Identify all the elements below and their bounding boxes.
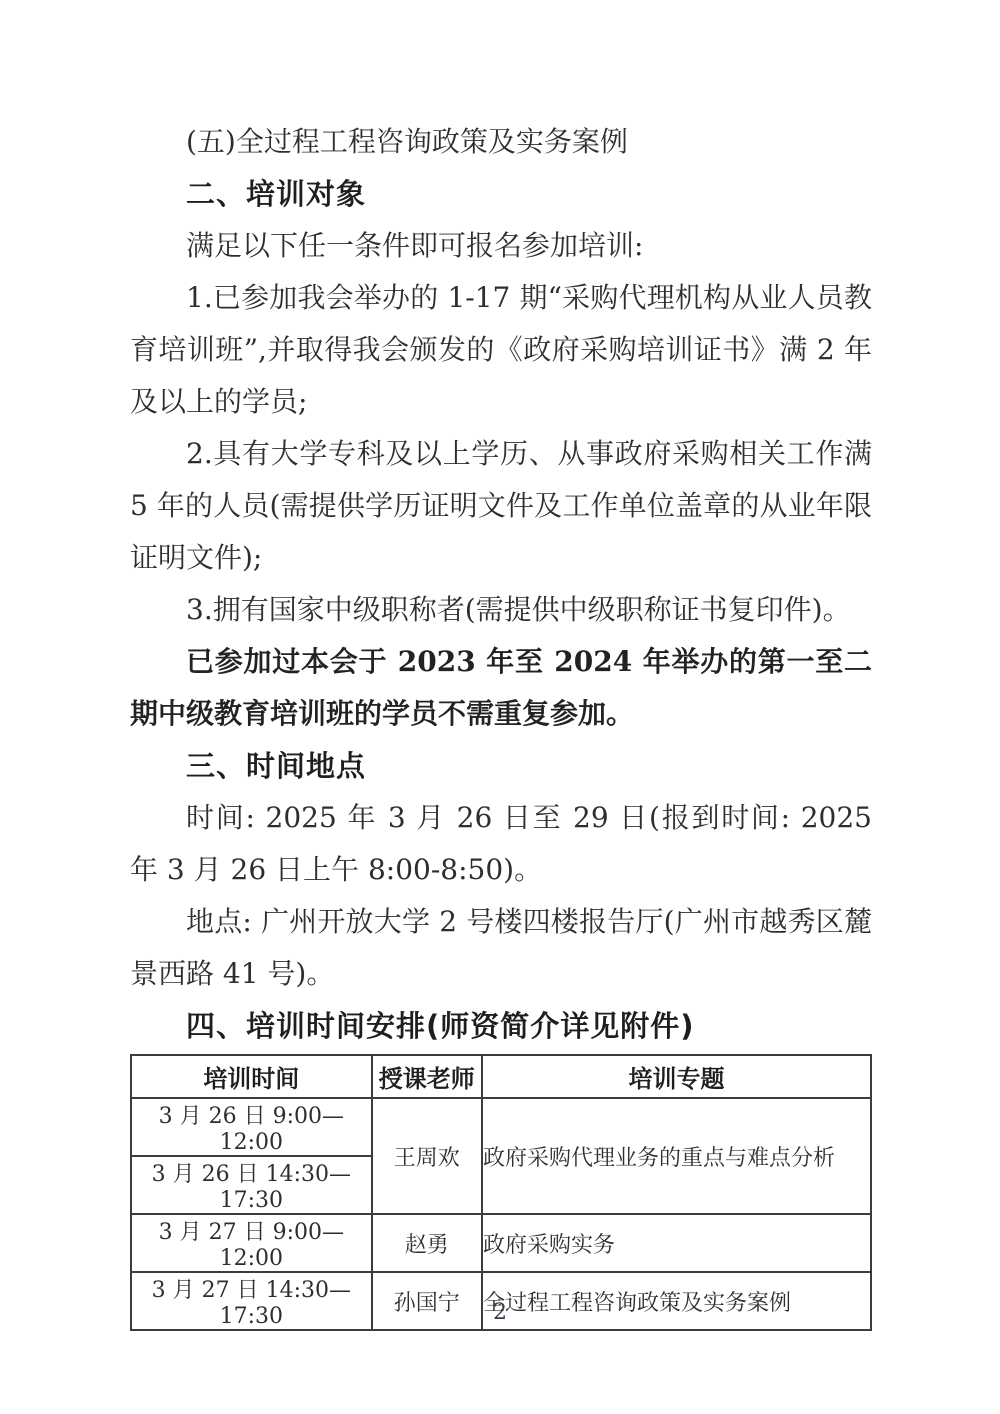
time-line: 时间: 2025 年 3 月 26 日至 29 日(报到时间: 2025 年 3… [130, 792, 872, 896]
schedule-topic-1: 政府采购代理业务的重点与难点分析 [482, 1098, 871, 1214]
place-line: 地点: 广州开放大学 2 号楼四楼报告厅(广州市越秀区麓景西路 41 号)。 [130, 896, 872, 1000]
schedule-time-2: 3 月 26 日 14:30—17:30 [131, 1156, 372, 1214]
header-training-time: 培训时间 [131, 1055, 372, 1098]
schedule-time-1: 3 月 26 日 9:00—12:00 [131, 1098, 372, 1156]
audience-condition-3: 3.拥有国家中级职称者(需提供中级职称证书复印件)。 [130, 584, 872, 636]
list-item-five: (五)全过程工程咨询政策及实务案例 [130, 116, 872, 168]
table-row: 3 月 27 日 9:00—12:00 赵勇 政府采购实务 [131, 1214, 871, 1272]
table-header-row: 培训时间 授课老师 培训专题 [131, 1055, 871, 1098]
audience-condition-2: 2.具有大学专科及以上学历、从事政府采购相关工作满 5 年的人员(需提供学历证明… [130, 428, 872, 584]
schedule-topic-3: 政府采购实务 [482, 1214, 871, 1272]
header-teacher: 授课老师 [372, 1055, 482, 1098]
section-heading-training-audience: 二、培训对象 [130, 168, 872, 220]
schedule-time-3: 3 月 27 日 9:00—12:00 [131, 1214, 372, 1272]
document-page: (五)全过程工程咨询政策及实务案例 二、培训对象 满足以下任一条件即可报名参加培… [0, 0, 1000, 1414]
audience-note: 已参加过本会于 2023 年至 2024 年举办的第一至二期中级教育培训班的学员… [130, 636, 872, 740]
header-topic: 培训专题 [482, 1055, 871, 1098]
section-heading-schedule: 四、培训时间安排(师资简介详见附件) [130, 1000, 872, 1052]
document-body: (五)全过程工程咨询政策及实务案例 二、培训对象 满足以下任一条件即可报名参加培… [130, 116, 872, 1331]
audience-condition-1: 1.已参加我会举办的 1-17 期“采购代理机构从业人员教育培训班”,并取得我会… [130, 272, 872, 428]
audience-intro: 满足以下任一条件即可报名参加培训: [130, 220, 872, 272]
section-heading-time-place: 三、时间地点 [130, 740, 872, 792]
schedule-teacher-1: 王周欢 [372, 1098, 482, 1214]
page-number: 2 [0, 1300, 1000, 1325]
schedule-teacher-3: 赵勇 [372, 1214, 482, 1272]
training-schedule-table: 培训时间 授课老师 培训专题 3 月 26 日 9:00—12:00 王周欢 政… [130, 1054, 872, 1331]
table-row: 3 月 26 日 9:00—12:00 王周欢 政府采购代理业务的重点与难点分析 [131, 1098, 871, 1156]
